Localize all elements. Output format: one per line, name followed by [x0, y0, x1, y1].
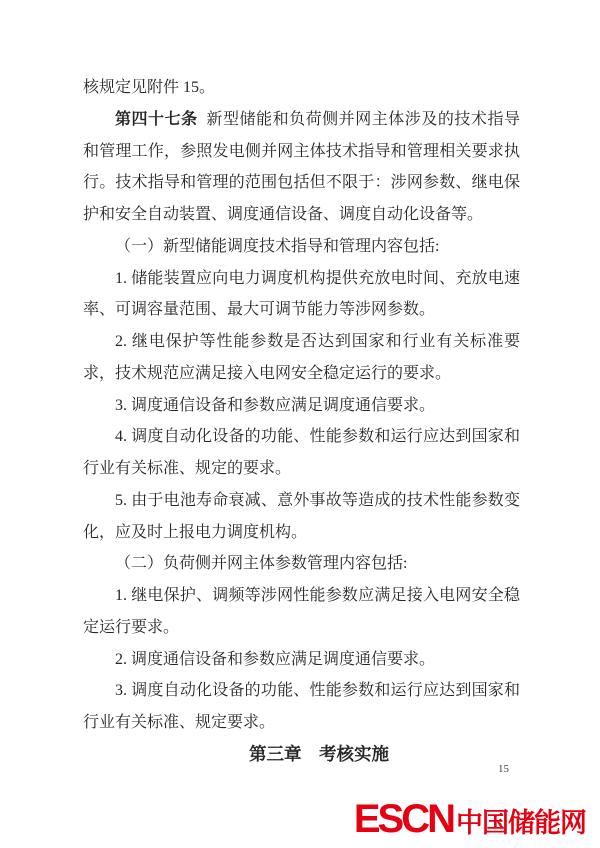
footer-logo: ESCN 中国储能网	[354, 799, 586, 843]
paragraph: 1. 继电保护、调频等涉网性能参数应满足接入电网安全稳定运行要求。	[83, 580, 520, 644]
paragraph: 4. 调度自动化设备的功能、性能参数和运行应达到国家和行业有关标准、规定的要求。	[83, 421, 520, 485]
paragraph-article-47: 第四十七条新型储能和负荷侧并网主体涉及的技术指导和管理工作，参照发电侧并网主体技…	[83, 104, 520, 231]
chapter-heading: 第三章 考核实施	[83, 739, 520, 771]
paragraph: 2. 继电保护等性能参数是否达到国家和行业有关标准要求，技术规范应满足接入电网安…	[83, 326, 520, 390]
paragraph: 3. 调度自动化设备的功能、性能参数和运行应达到国家和行业有关标准、规定要求。	[83, 675, 520, 739]
paragraph: 核规定见附件 15。	[83, 72, 520, 104]
paragraph: 3. 调度通信设备和参数应满足调度通信要求。	[83, 390, 520, 422]
page-number: 15	[498, 763, 509, 775]
body-text: 核规定见附件 15。 第四十七条新型储能和负荷侧并网主体涉及的技术指导和管理工作…	[83, 72, 520, 771]
paragraph: （一）新型储能调度技术指导和管理内容包括:	[83, 231, 520, 263]
paragraph: 2. 调度通信设备和参数应满足调度通信要求。	[83, 644, 520, 676]
paragraph: 5. 由于电池寿命衰减、意外事故等造成的技术性能参数变化，应及时上报电力调度机构…	[83, 485, 520, 549]
document-page: 核规定见附件 15。 第四十七条新型储能和负荷侧并网主体涉及的技术指导和管理工作…	[0, 0, 600, 848]
paragraph: （二）负荷侧并网主体参数管理内容包括:	[83, 548, 520, 580]
article-number: 第四十七条	[115, 111, 198, 128]
logo-cjk-text: 中国储能网	[456, 803, 586, 843]
paragraph: 1. 储能装置应向电力调度机构提供充放电时间、充放电速率、可调容量范围、最大可调…	[83, 263, 520, 327]
logo-latin-text: ESCN	[354, 799, 453, 839]
